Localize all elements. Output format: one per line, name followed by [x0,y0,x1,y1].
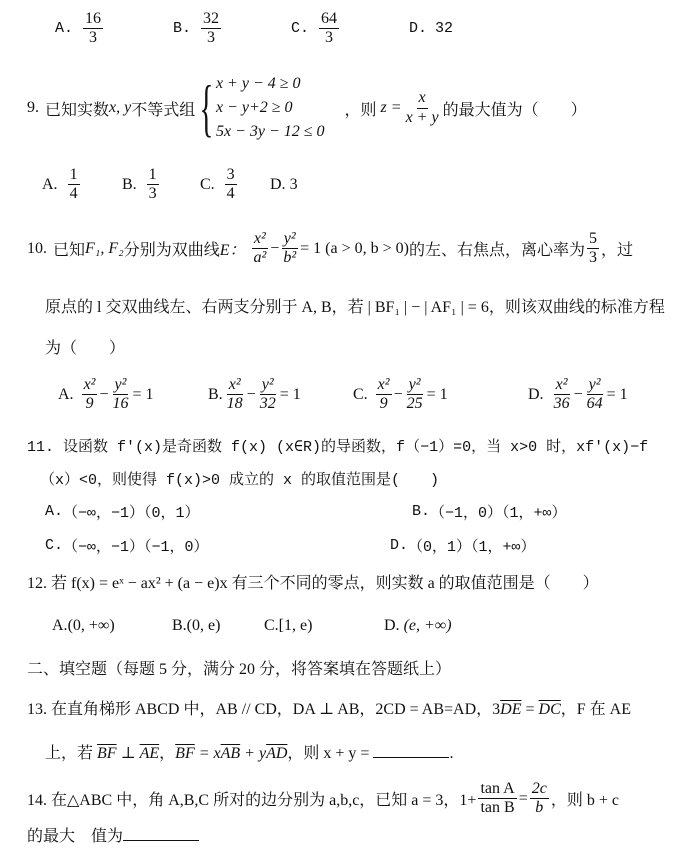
q9-option-b: B. 13 [122,166,200,204]
q11-option-d: D.（0，1）（1，+∞） [390,535,536,556]
q10-options: A. x²9−y²16= 1 B. x²18−y²32= 1 C. x²9−y²… [58,376,628,414]
question-13-line-1: 13. 在直角梯形 ABCD 中，AB // CD，DA ⊥ AB，2CD = … [27,696,631,719]
fraction: 53 [587,230,599,268]
inequality-3: 5x − 3y − 12 ≤ 0 [216,120,325,144]
q10-option-b: B. x²18−y²32= 1 [208,376,353,414]
q9-option-d: D. 3 [270,176,298,194]
inequality-2: x − y+2 ≥ 0 [216,96,325,120]
option-label: D. [409,20,427,37]
question-12: 12. 若 f(x) = eˣ − ax² + (a − e)x 有三个不同的零… [27,570,599,593]
q8-option-b: B. 323 [173,10,291,48]
q8-option-d: D. 32 [409,20,453,37]
q11-option-c: C.（−∞，−1）（−1，0） [45,535,209,556]
q12-option-d: D. (e, +∞) [384,617,452,635]
fraction: x²36 [552,376,572,414]
q10-option-d: D. x²36−y²64= 1 [528,376,628,414]
fraction: x²9 [82,376,98,414]
answer-blank[interactable] [123,826,199,841]
q12-option-b: B.(0, e) [172,617,264,635]
q8-option-a: A. 163 [55,10,173,48]
q11-option-b: B.（−1，0）（1，+∞） [412,501,567,522]
answer-blank[interactable] [373,743,449,758]
question-11-line-2: （x）<0，则使得 f(x)>0 成立的 x 的取值范围是( ) [40,468,439,489]
z-fraction: xx + y [404,89,441,127]
q8-options: A. 163 B. 323 C. 643 D. 32 [55,10,453,48]
fraction: 14 [68,166,80,204]
question-11-line-1: 11. 设函数 f′(x)是奇函数 f(x) (x∈R)的导函数，f（−1）=0… [27,435,648,456]
q12-options: A.(0, +∞) B.(0, e) C.[1, e) D. (e, +∞) [52,617,452,635]
q12-option-c: C.[1, e) [264,617,384,635]
fraction: y²16 [111,376,131,414]
fraction: 13 [147,166,159,204]
question-10-line-3: 为（ ） [45,335,125,358]
question-14-line-2: 的最大 值为 [27,823,199,846]
question-14-line-1: 14. 在△ABC 中，角 A,B,C 所对的边分别为 a,b,c，已知 a =… [27,780,619,818]
q8-option-c: C. 643 [291,10,409,48]
option-label: A. [55,20,73,37]
inequality-1: x + y − 4 ≥ 0 [216,72,325,96]
q10-option-c: C. x²9−y²25= 1 [353,376,528,414]
section-heading: 二、填空题（每题 5 分，满分 20 分，将答案填在答题纸上） [27,656,451,679]
fraction: y²32 [258,376,278,414]
fraction: y²64 [585,376,605,414]
fraction: x²9 [376,376,392,414]
fraction: x²a² [251,230,268,268]
fraction: x²18 [225,376,245,414]
q9-options: A. 14 B. 13 C. 34 D. 3 [42,166,298,204]
question-10-line-2: 原点的 l 交双曲线左、右两支分别于 A, B，若 | BF₁ | − | AF… [45,294,665,317]
tan-fraction: tan Atan B [478,780,516,818]
q9-option-c: C. 34 [200,166,270,204]
q9-option-a: A. 14 [42,166,122,204]
fraction: y²b² [281,230,298,268]
fraction: 323 [201,10,221,48]
fraction: 643 [319,10,339,48]
question-13-line-2: 上，若 BF ⊥ AE，BF = xAB + yAD，则 x + y = . [45,740,453,763]
option-label: B. [173,20,191,37]
fraction: y²25 [405,376,425,414]
q10-option-a: A. x²9−y²16= 1 [58,376,208,414]
rhs-fraction: 2cb [530,780,549,818]
fraction: 163 [83,10,103,48]
question-number: 9. [27,99,39,117]
question-10-line-1: 10. 已知 F₁, F₂ 分别为双曲线 E： x²a² − y²b² = 1 … [27,230,633,268]
question-number: 10. [27,240,47,258]
left-brace-icon: { [200,76,214,140]
question-9: 9. 已知实数 x, y 不等式组 { x + y − 4 ≥ 0 x − y+… [27,72,587,144]
fraction: 34 [225,166,237,204]
q12-option-a: A.(0, +∞) [52,617,172,635]
inequality-system: { x + y − 4 ≥ 0 x − y+2 ≥ 0 5x − 3y − 12… [195,72,324,144]
option-label: C. [291,20,309,37]
q11-option-a: A.（−∞，−1）（0，1） [45,501,200,522]
